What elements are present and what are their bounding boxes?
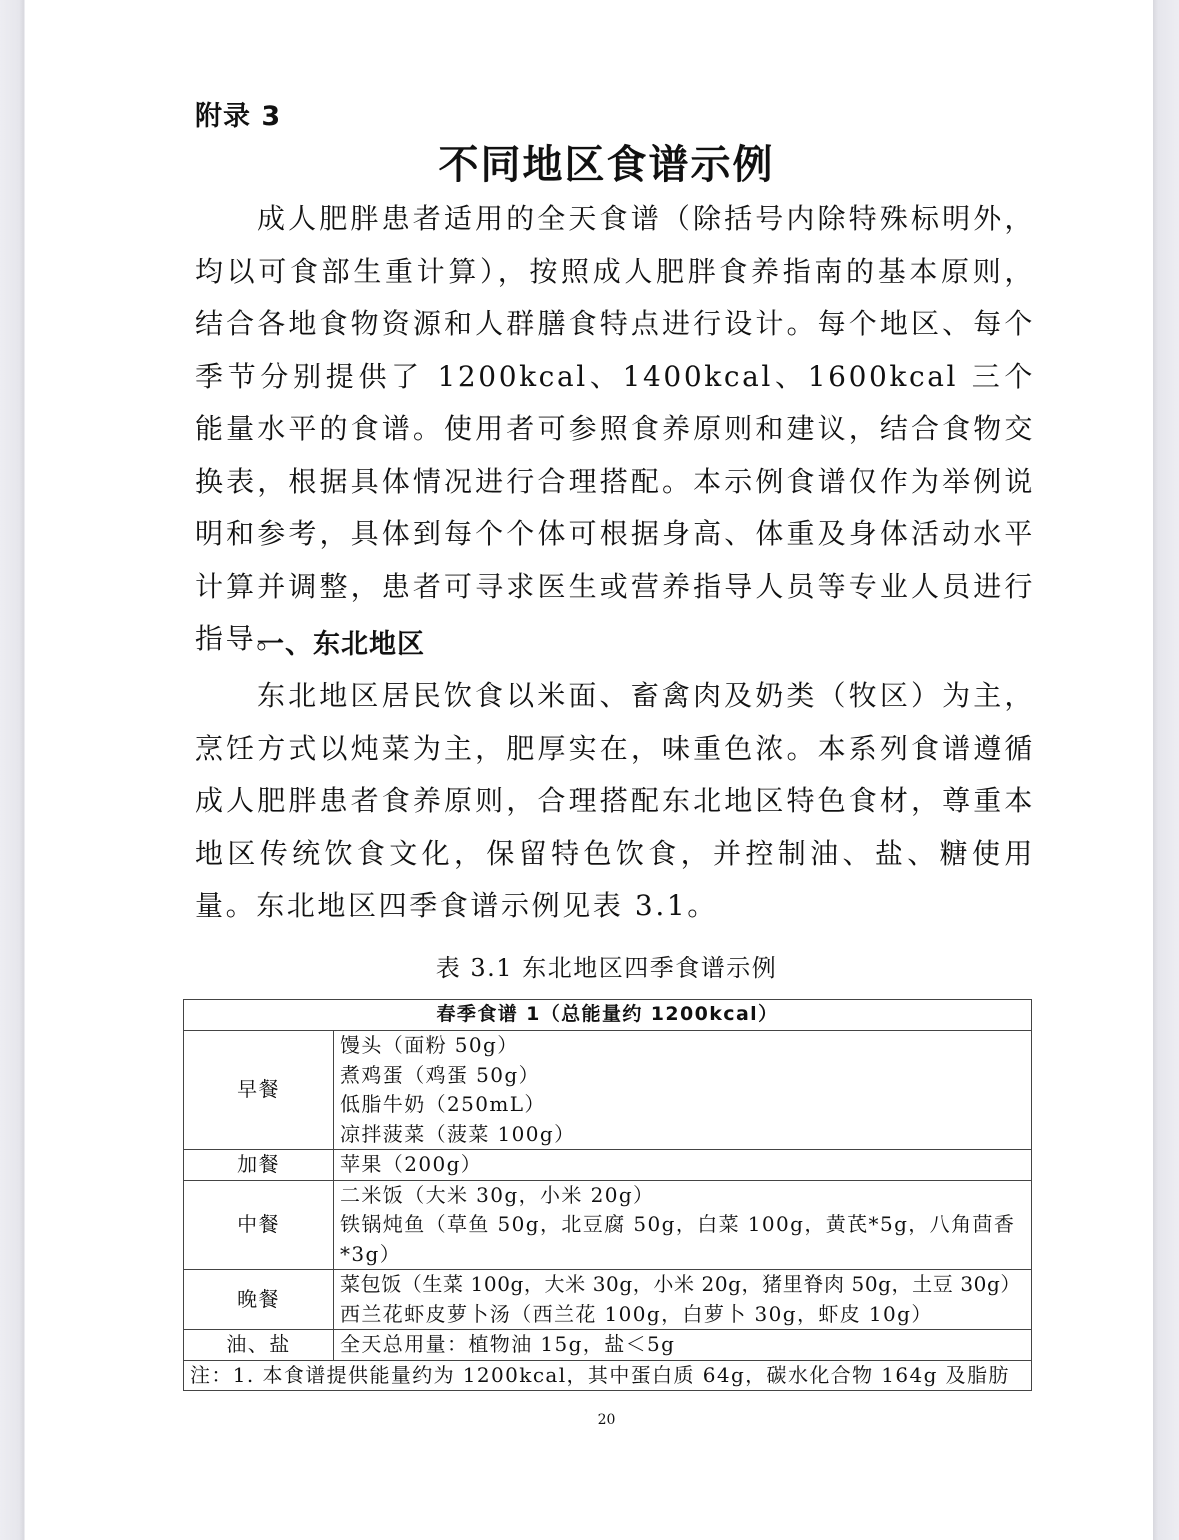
- meal-items: 二米饭（大米 30g，小米 20g） 铁锅炖鱼（草鱼 50g，北豆腐 50g，白…: [334, 1180, 1032, 1270]
- viewer-background-left: [0, 0, 24, 1540]
- table-header-row: 春季食谱 1（总能量约 1200kcal）: [184, 1000, 1032, 1031]
- meal-item: 凉拌菠菜（菠菜 100g）: [340, 1120, 1025, 1150]
- meal-item: 二米饭（大米 30g，小米 20g）: [340, 1181, 1025, 1211]
- appendix-label: 附录 3: [195, 94, 281, 133]
- meal-name: 加餐: [184, 1150, 334, 1181]
- table-row-lunch: 中餐 二米饭（大米 30g，小米 20g） 铁锅炖鱼（草鱼 50g，北豆腐 50…: [184, 1180, 1032, 1270]
- table-caption: 表 3.1 东北地区四季食谱示例: [25, 948, 1179, 983]
- meal-items: 馒头（面粉 50g） 煮鸡蛋（鸡蛋 50g） 低脂牛奶（250mL） 凉拌菠菜（…: [334, 1031, 1032, 1150]
- recipe-table: 春季食谱 1（总能量约 1200kcal） 早餐 馒头（面粉 50g） 煮鸡蛋（…: [183, 999, 1032, 1391]
- table-row-dinner: 晚餐 菜包饭（生菜 100g，大米 30g，小米 20g，猪里脊肉 50g，土豆…: [184, 1270, 1032, 1330]
- table-row-snack: 加餐 苹果（200g）: [184, 1150, 1032, 1181]
- viewer-background-right: [1153, 0, 1179, 1540]
- meal-item: 馒头（面粉 50g）: [340, 1031, 1025, 1061]
- meal-item: 西兰花虾皮萝卜汤（西兰花 100g，白萝卜 30g，虾皮 10g）: [340, 1300, 1025, 1330]
- meal-items: 菜包饭（生菜 100g，大米 30g，小米 20g，猪里脊肉 50g，土豆 30…: [334, 1270, 1032, 1330]
- page-title: 不同地区食谱示例: [25, 133, 1179, 190]
- meal-item: 苹果（200g）: [340, 1150, 1025, 1180]
- page-number: 20: [25, 1412, 1179, 1428]
- table-row-breakfast: 早餐 馒头（面粉 50g） 煮鸡蛋（鸡蛋 50g） 低脂牛奶（250mL） 凉拌…: [184, 1031, 1032, 1150]
- intro-paragraph: 成人肥胖患者适用的全天食谱（除括号内除特殊标明外，均以可食部生重计算），按照成人…: [195, 193, 1035, 666]
- meal-name: 早餐: [184, 1031, 334, 1150]
- meal-item: 菜包饭（生菜 100g，大米 30g，小米 20g，猪里脊肉 50g，土豆 30…: [340, 1270, 1025, 1300]
- table-note: 注：1. 本食谱提供能量约为 1200kcal，其中蛋白质 64g，碳水化合物 …: [184, 1360, 1032, 1391]
- meal-name: 中餐: [184, 1180, 334, 1270]
- meal-item: 低脂牛奶（250mL）: [340, 1090, 1025, 1120]
- meal-item: 铁锅炖鱼（草鱼 50g，北豆腐 50g，白菜 100g，黄芪*5g，八角茴香*3…: [340, 1210, 1025, 1269]
- table-header: 春季食谱 1（总能量约 1200kcal）: [184, 1000, 1032, 1031]
- table-note-row: 注：1. 本食谱提供能量约为 1200kcal，其中蛋白质 64g，碳水化合物 …: [184, 1360, 1032, 1391]
- meal-item: 全天总用量：植物油 15g，盐＜5g: [340, 1330, 1025, 1360]
- document-page: 附录 3 不同地区食谱示例 成人肥胖患者适用的全天食谱（除括号内除特殊标明外，均…: [25, 0, 1153, 1540]
- meal-name: 油、盐: [184, 1330, 334, 1361]
- meal-item: 煮鸡蛋（鸡蛋 50g）: [340, 1061, 1025, 1091]
- meal-items: 全天总用量：植物油 15g，盐＜5g: [334, 1330, 1032, 1361]
- table-row-oil-salt: 油、盐 全天总用量：植物油 15g，盐＜5g: [184, 1330, 1032, 1361]
- northeast-paragraph: 东北地区居民饮食以米面、畜禽肉及奶类（牧区）为主，烹饪方式以炖菜为主，肥厚实在，…: [195, 670, 1035, 933]
- section-heading: 一、东北地区: [257, 622, 425, 661]
- meal-name: 晚餐: [184, 1270, 334, 1330]
- meal-items: 苹果（200g）: [334, 1150, 1032, 1181]
